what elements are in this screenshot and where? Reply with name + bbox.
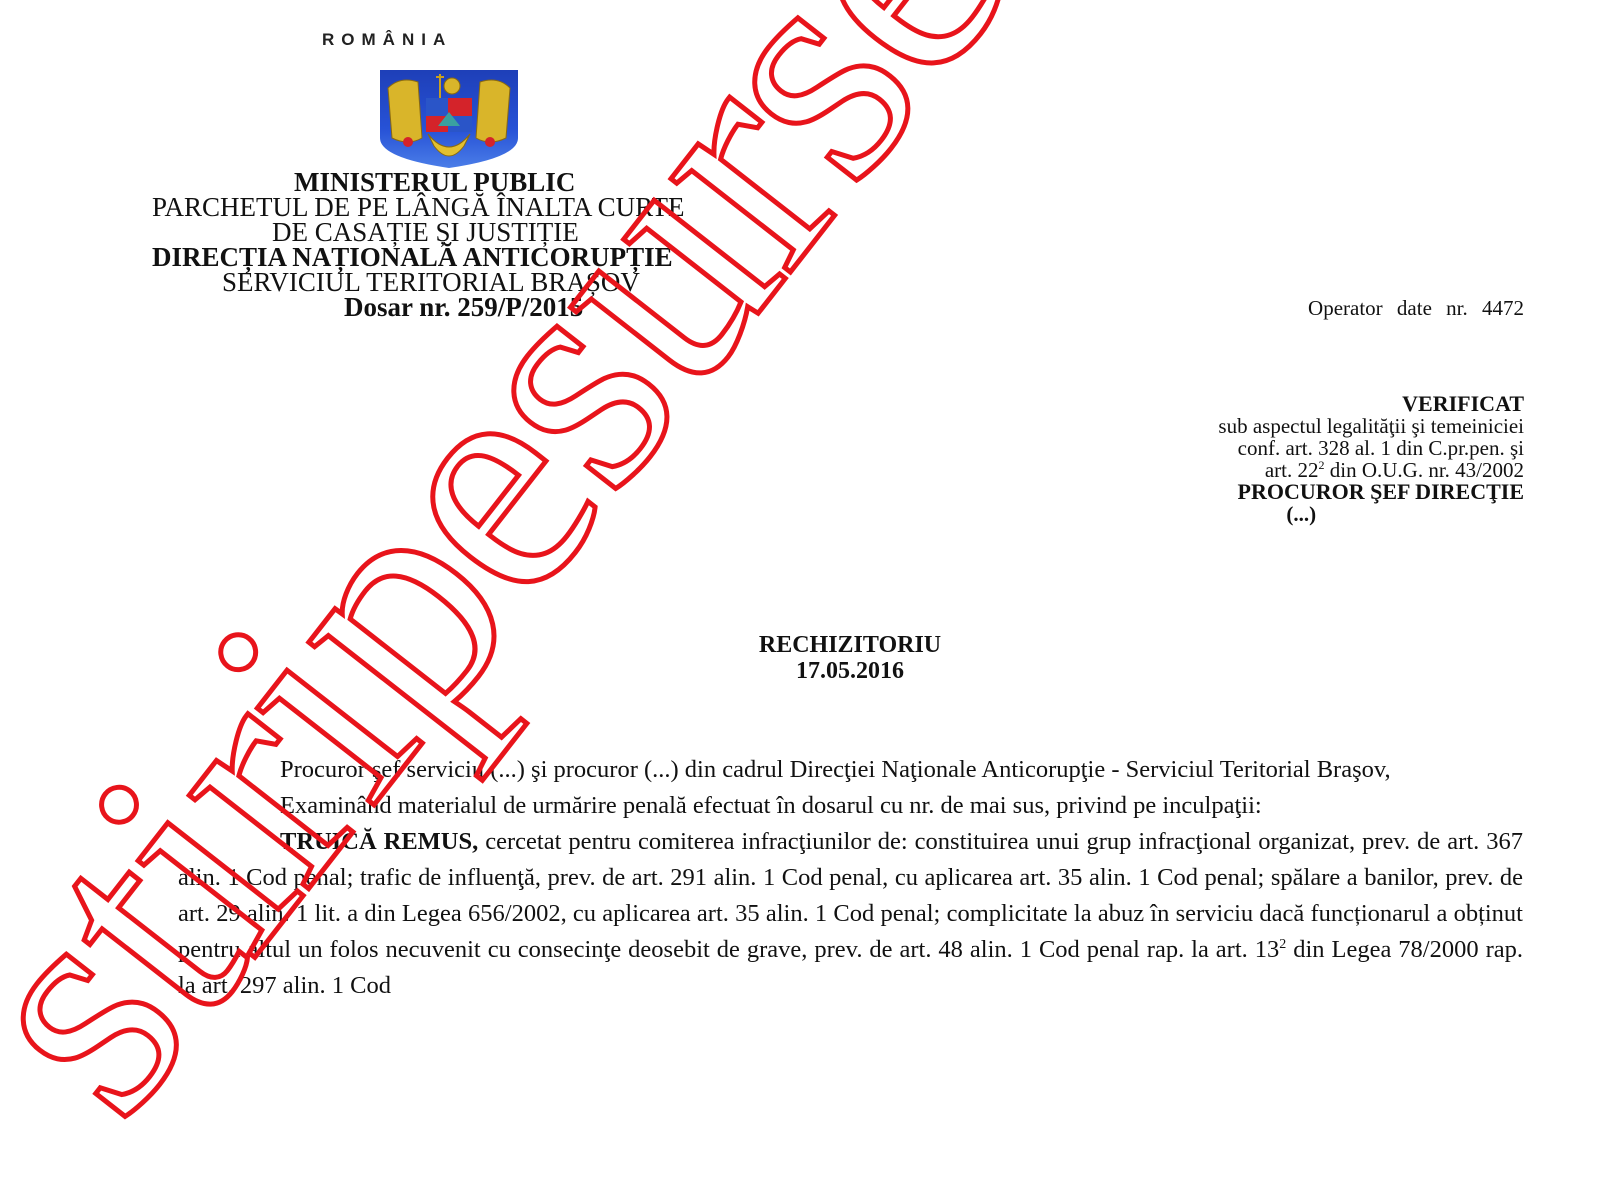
verification-line-2: conf. art. 328 al. 1 din C.pr.pen. şi — [1218, 437, 1524, 459]
verification-title: VERIFICAT — [1218, 393, 1524, 415]
body-paragraph: Examinând materialul de urmărire penală … — [178, 788, 1523, 824]
country-name: ROMÂNIA — [322, 30, 452, 50]
signatory-name: (...) — [1218, 503, 1524, 525]
body-paragraph: Procuror şef serviciu (...) şi procuror … — [178, 752, 1523, 788]
document-title-block: RECHIZITORIU 17.05.2016 — [0, 632, 1600, 684]
verification-block: VERIFICAT sub aspectul legalităţii şi te… — [1218, 393, 1524, 525]
defendant-name: TRUICĂ REMUS, — [280, 828, 478, 855]
institution-header: MINISTERUL PUBLIC PARCHETUL DE PE LÂNGĂ … — [148, 170, 968, 320]
body-paragraph: TRUICĂ REMUS, cercetat pentru comiterea … — [178, 824, 1523, 1004]
data-operator-number: Operator date nr. 4472 — [1308, 296, 1524, 321]
document-page: ROMÂNIA — [0, 0, 1600, 1200]
signatory-role: PROCUROR ŞEF DIRECŢIE — [1218, 481, 1524, 503]
document-title: RECHIZITORIU — [0, 632, 1600, 658]
verification-line-3: art. 222 din O.U.G. nr. 43/2002 — [1218, 459, 1524, 481]
romania-coat-of-arms-icon — [378, 68, 520, 170]
verification-line-1: sub aspectul legalităţii şi temeiniciei — [1218, 415, 1524, 437]
case-number: Dosar nr. 259/P/2015 — [148, 295, 968, 320]
document-body: Procuror şef serviciu (...) şi procuror … — [178, 752, 1523, 1004]
document-date: 17.05.2016 — [0, 658, 1600, 684]
